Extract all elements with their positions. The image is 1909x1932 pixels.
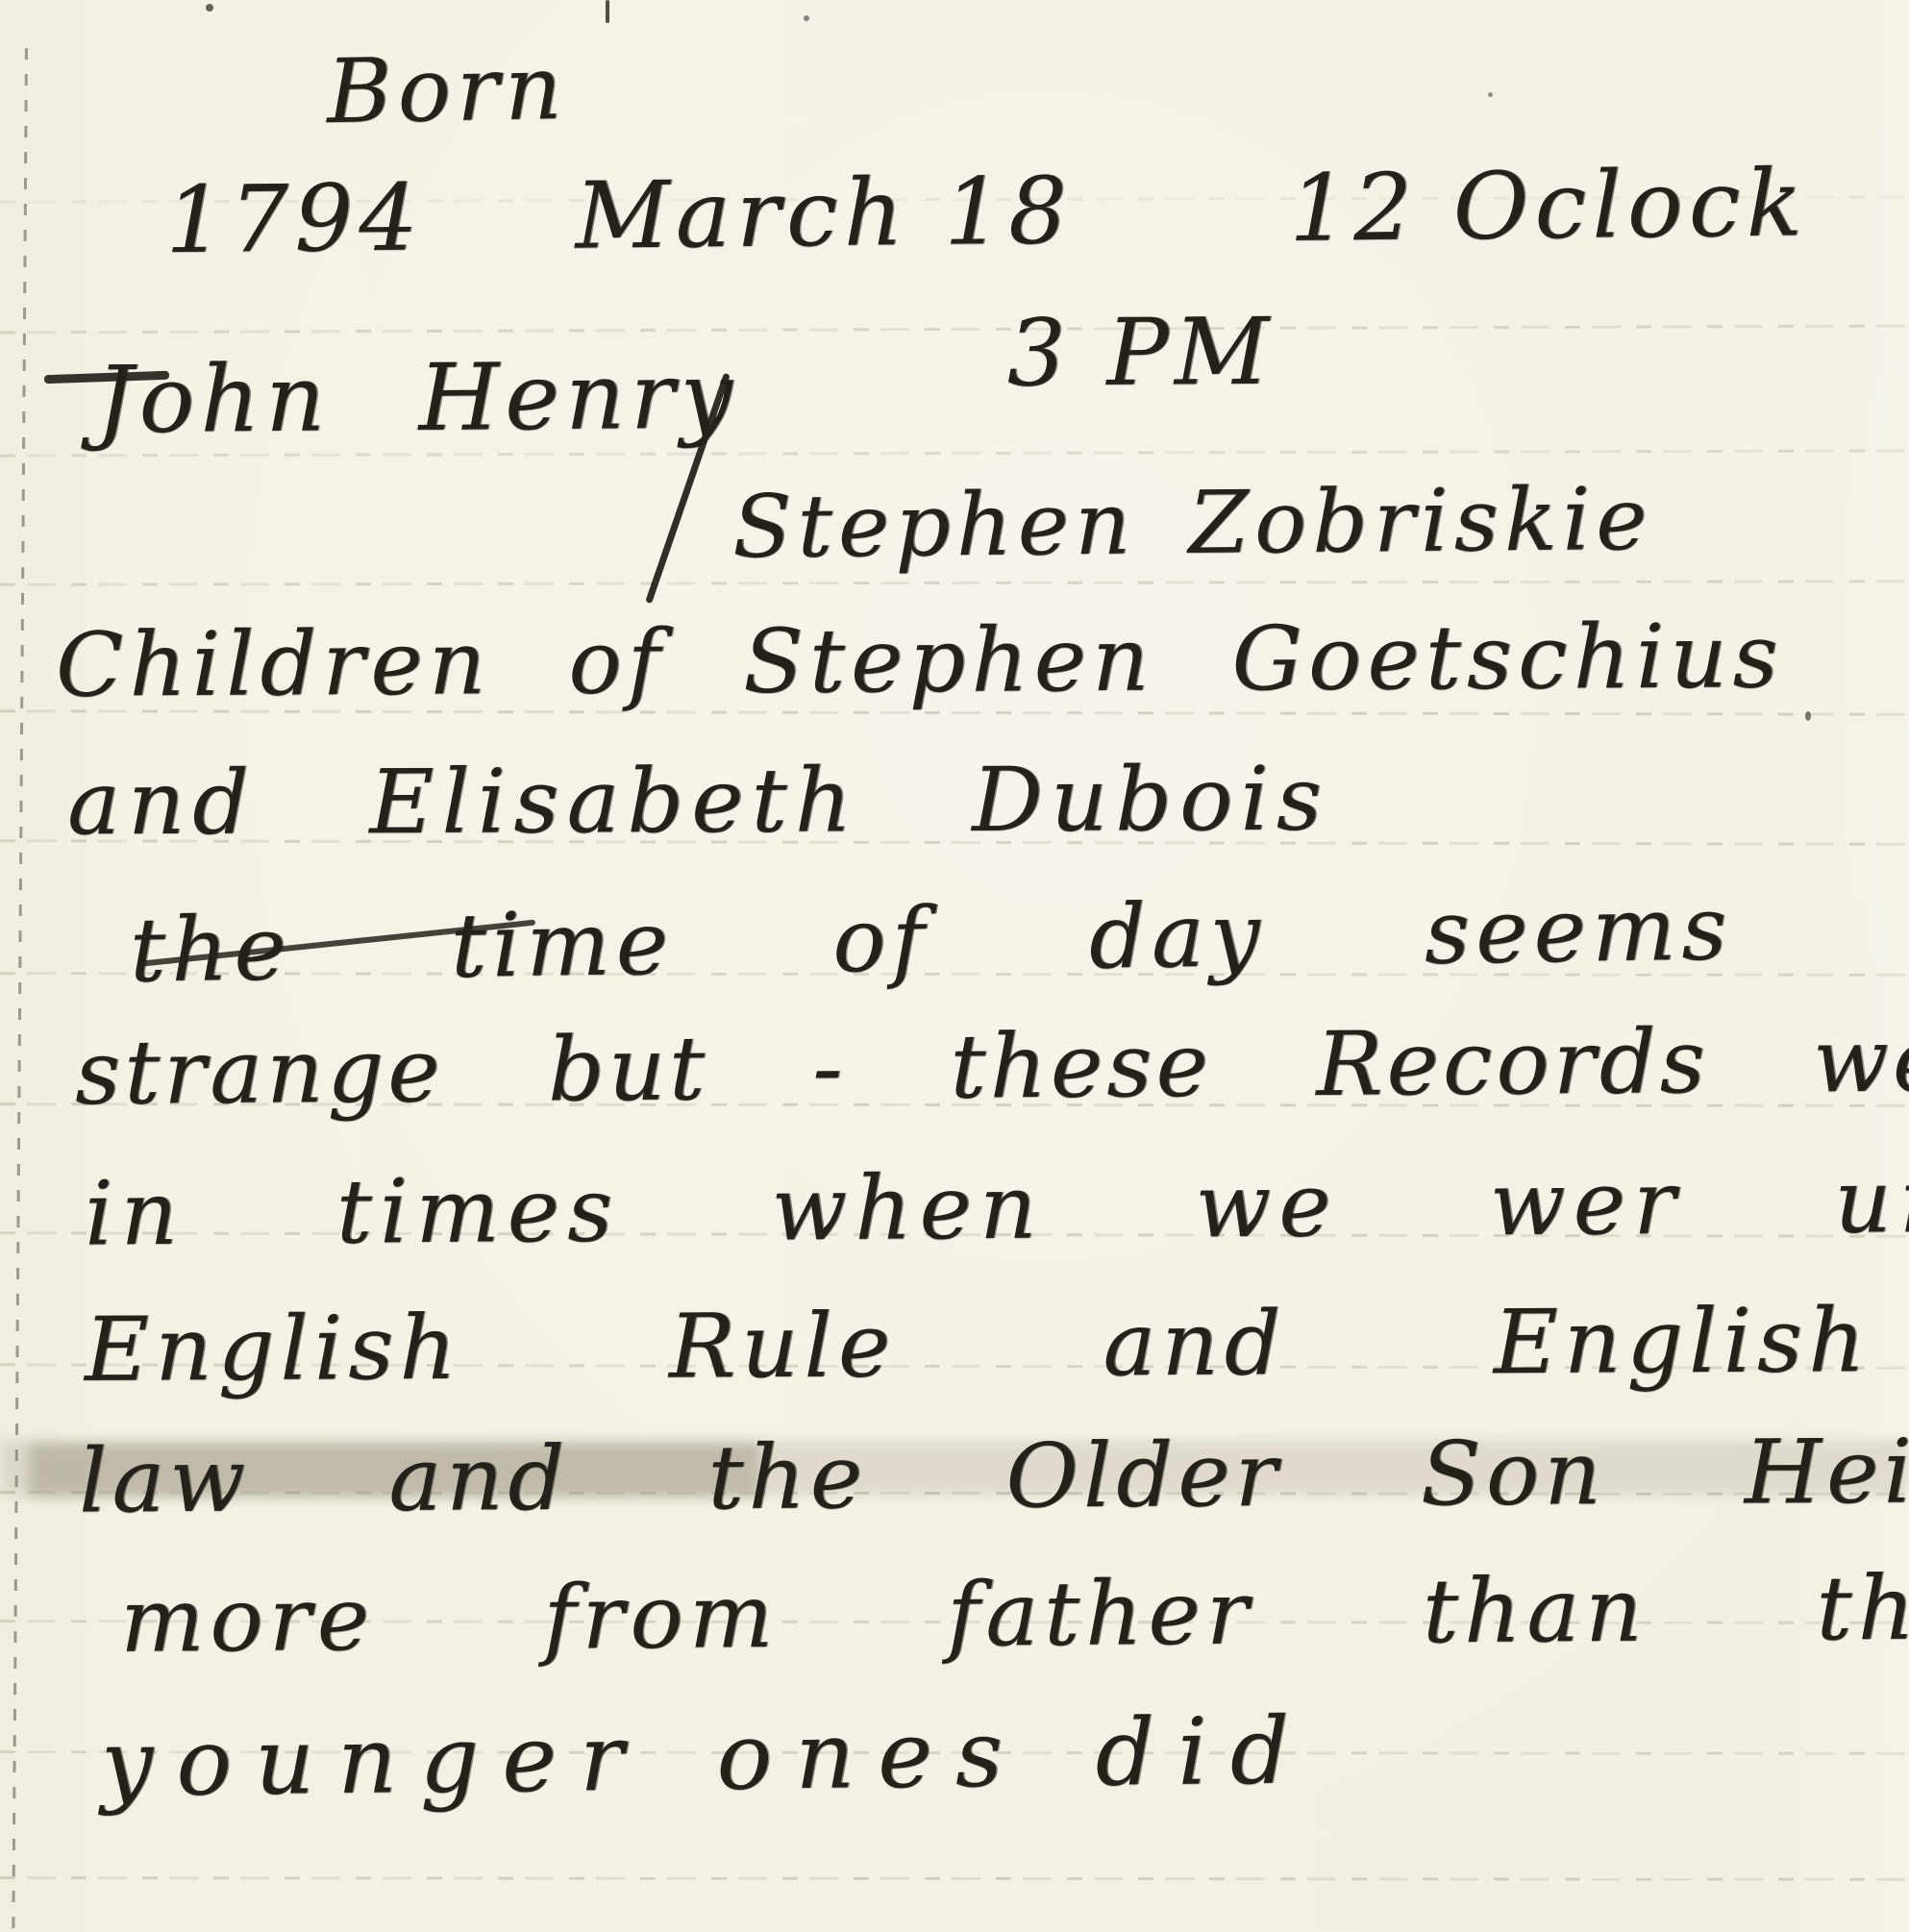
ink-speck bbox=[1805, 711, 1811, 721]
ink-speck bbox=[606, 0, 609, 23]
birth-time-noon: 12 Oclock bbox=[1288, 149, 1808, 262]
note-line-6: more from father than the bbox=[120, 1564, 1909, 1665]
heading-born: Born bbox=[326, 44, 568, 136]
scanned-page: Born 1794March 1812 Oclocknoon John Henr… bbox=[0, 0, 1909, 1932]
child-name-row: John Henry3 PM bbox=[96, 346, 1276, 447]
ink-speck bbox=[804, 15, 809, 21]
note-line-7: younger ones did bbox=[101, 1704, 1313, 1809]
parentage-line-1: Children of Stephen Goetschius bbox=[56, 612, 1784, 709]
birth-year: 1794 bbox=[164, 163, 423, 274]
parentage-line-2: and Elisabeth Dubois bbox=[67, 755, 1329, 849]
birth-time-afternoon: 3 PM bbox=[1006, 298, 1275, 408]
note-line-1: the time of day seems bbox=[129, 884, 1733, 995]
note-line-3: in times when we wer under bbox=[85, 1156, 1909, 1259]
child-name: John Henry bbox=[96, 342, 739, 455]
ink-speck bbox=[1488, 92, 1493, 97]
ruled-line bbox=[0, 1876, 1909, 1881]
ink-speck bbox=[206, 4, 213, 12]
birth-date: March 18 bbox=[575, 157, 1074, 269]
note-line-4: English Rule and English bbox=[85, 1297, 1872, 1395]
birth-date-row: 1794March 1812 Oclocknoon bbox=[165, 153, 1909, 266]
note-line-2: strange but - these Records wer bbox=[75, 1016, 1909, 1118]
note-line-5: law and the Older Son Heir'ed bbox=[79, 1426, 1909, 1525]
father-name: Stephen Zobriskie bbox=[732, 477, 1653, 571]
ruled-line bbox=[0, 580, 1909, 585]
ruled-line bbox=[0, 325, 1909, 334]
